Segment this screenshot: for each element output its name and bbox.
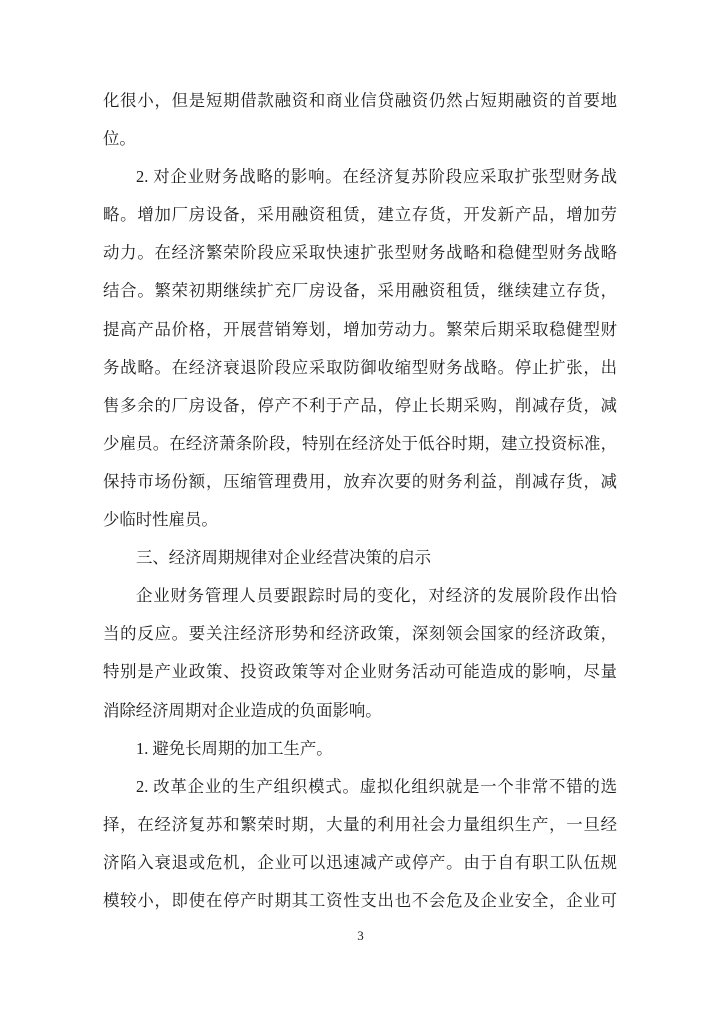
text-line: 消除经济周期对企业造成的负面影响。 bbox=[103, 692, 617, 730]
text-line: 少雇员。在经济萧条阶段，特别在经济处于低谷时期，建立投资标准， bbox=[103, 425, 617, 463]
text-line: 1. 避免长周期的加工生产。 bbox=[103, 730, 617, 768]
text-line: 化很小，但是短期借款融资和商业信贷融资仍然占短期融资的首要地 bbox=[103, 82, 617, 120]
text-line: 择，在经济复苏和繁荣时期，大量的利用社会力量组织生产，一旦经 bbox=[103, 806, 617, 844]
text-line: 2. 改革企业的生产组织模式。虚拟化组织就是一个非常不错的选 bbox=[103, 768, 617, 806]
text-line: 三、经济周期规律对企业经营决策的启示 bbox=[103, 539, 617, 577]
text-line: 当的反应。要关注经济形势和经济政策，深刻领会国家的经济政策， bbox=[103, 615, 617, 653]
text-line: 2. 对企业财务战略的影响。在经济复苏阶段应采取扩张型财务战 bbox=[103, 158, 617, 196]
text-line: 位。 bbox=[103, 120, 617, 158]
text-line: 模较小，即使在停产时期其工资性支出也不会危及企业安全，企业可 bbox=[103, 882, 617, 920]
document-page: 化很小，但是短期借款融资和商业信贷融资仍然占短期融资的首要地位。2. 对企业财务… bbox=[0, 0, 721, 1020]
text-line: 售多余的厂房设备，停产不利于产品，停止长期采购，削减存货，减 bbox=[103, 387, 617, 425]
text-line: 企业财务管理人员要跟踪时局的变化，对经济的发展阶段作出恰 bbox=[103, 577, 617, 615]
text-line: 济陷入衰退或危机，企业可以迅速减产或停产。由于自有职工队伍规 bbox=[103, 844, 617, 882]
text-line: 保持市场份额，压缩管理费用，放弃次要的财务利益，削减存货，减 bbox=[103, 463, 617, 501]
text-line: 略。增加厂房设备，采用融资租赁，建立存货，开发新产品，增加劳 bbox=[103, 196, 617, 234]
page-number: 3 bbox=[0, 927, 721, 945]
text-line: 少临时性雇员。 bbox=[103, 501, 617, 539]
text-line: 务战略。在经济衰退阶段应采取防御收缩型财务战略。停止扩张，出 bbox=[103, 349, 617, 387]
document-text: 化很小，但是短期借款融资和商业信贷融资仍然占短期融资的首要地位。2. 对企业财务… bbox=[103, 82, 617, 920]
text-line: 结合。繁荣初期继续扩充厂房设备，采用融资租赁，继续建立存货， bbox=[103, 272, 617, 310]
text-line: 动力。在经济繁荣阶段应采取快速扩张型财务战略和稳健型财务战略 bbox=[103, 234, 617, 272]
text-line: 特别是产业政策、投资政策等对企业财务活动可能造成的影响，尽量 bbox=[103, 653, 617, 691]
text-line: 提高产品价格，开展营销筹划，增加劳动力。繁荣后期采取稳健型财 bbox=[103, 311, 617, 349]
